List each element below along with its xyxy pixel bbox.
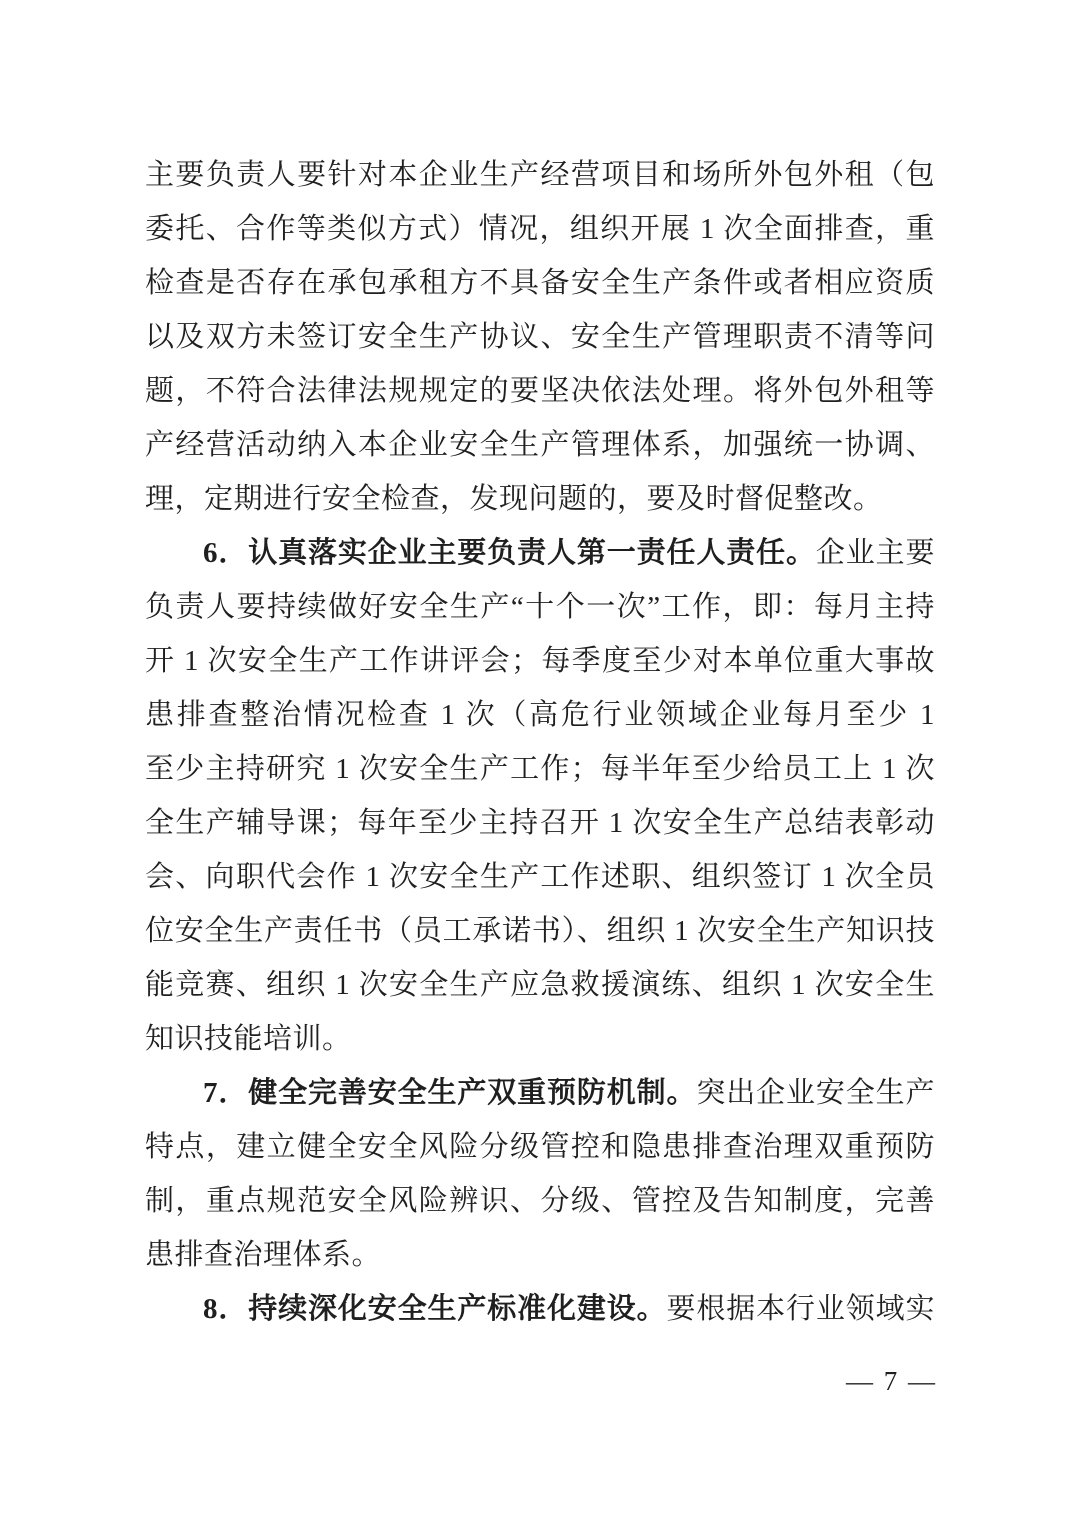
text-line: 位安全生产责任书（员工承诺书）、组织 1 次安全生产知识技 xyxy=(145,904,935,958)
line-text: 题，不符合法律法规规定的要坚决依法处理。将外包外租等生 xyxy=(145,375,935,418)
line-text: 以及双方未签订安全生产协议、安全生产管理职责不清等问 xyxy=(145,321,935,353)
line-text: 全生产辅导课；每年至少主持召开 1 次安全生产总结表彰动员 xyxy=(145,807,935,850)
text-line: 8．持续深化安全生产标准化建设。要根据本行业领域实 xyxy=(145,1282,935,1336)
line-text: 患排查治理体系。 xyxy=(145,1239,381,1271)
text-line: 特点，建立健全安全风险分级管控和隐患排查治理双重预防机 xyxy=(145,1120,935,1174)
line-text: 位安全生产责任书（员工承诺书）、组织 1 次安全生产知识技 xyxy=(145,915,935,947)
text-line: 主要负责人要针对本企业生产经营项目和场所外包外租（包括 xyxy=(145,148,935,202)
page-number: — 7 — xyxy=(145,1365,937,1397)
text-line: 患排查治理体系。 xyxy=(145,1228,935,1282)
text-line: 检查是否存在承包承租方不具备安全生产条件或者相应资质 xyxy=(145,256,935,310)
line-text: 理，定期进行安全检查，发现问题的，要及时督促整改。 xyxy=(145,483,883,515)
paragraph-continuation: 主要负责人要针对本企业生产经营项目和场所外包外租（包括委托、合作等类似方式）情况… xyxy=(145,148,935,526)
line-text: 知识技能培训。 xyxy=(145,1023,352,1055)
text-line: 委托、合作等类似方式）情况，组织开展 1 次全面排查，重点 xyxy=(145,202,935,256)
text-line: 知识技能培训。 xyxy=(145,1012,935,1066)
line-text: 检查是否存在承包承租方不具备安全生产条件或者相应资质 xyxy=(145,267,935,299)
text-line: 会、向职代会作 1 次安全生产工作述职、组织签订 1 次全员岗 xyxy=(145,850,935,904)
text-line: 至少主持研究 1 次安全生产工作；每半年至少给员工上 1 次安 xyxy=(145,742,935,796)
line-text: 会、向职代会作 1 次安全生产工作述职、组织签订 1 次全员岗 xyxy=(145,861,935,904)
text-line: 负责人要持续做好安全生产“十个一次”工作，即：每月主持召 xyxy=(145,580,935,634)
line-text: 主要负责人要针对本企业生产经营项目和场所外包外租（包括 xyxy=(145,159,935,202)
line-text: 开 1 次安全生产工作讲评会；每季度至少对本单位重大事故隐 xyxy=(145,645,935,688)
text-line: 7．健全完善安全生产双重预防机制。突出企业安全生产 xyxy=(145,1066,935,1120)
document-page: 主要负责人要针对本企业生产经营项目和场所外包外租（包括委托、合作等类似方式）情况… xyxy=(0,0,1074,1520)
line-text: 企业主要 xyxy=(816,537,935,569)
text-line: 患排查整治情况检查 1 次（高危行业领域企业每月至少 1 次）、 xyxy=(145,688,935,742)
line-text: 负责人要持续做好安全生产“十个一次”工作，即：每月主持召 xyxy=(145,591,935,634)
line-text: 产经营活动纳入本企业安全生产管理体系，加强统一协调、管 xyxy=(145,429,935,472)
line-text: 特点，建立健全安全风险分级管控和隐患排查治理双重预防机 xyxy=(145,1131,935,1174)
line-text: 至少主持研究 1 次安全生产工作；每半年至少给员工上 1 次安 xyxy=(145,753,935,796)
line-text: 委托、合作等类似方式）情况，组织开展 1 次全面排查，重点 xyxy=(145,213,935,256)
paragraph-item-7: 7．健全完善安全生产双重预防机制。突出企业安全生产特点，建立健全安全风险分级管控… xyxy=(145,1066,935,1282)
paragraph-item-6: 6．认真落实企业主要负责人第一责任人责任。企业主要负责人要持续做好安全生产“十个… xyxy=(145,526,935,1066)
document-body: 主要负责人要针对本企业生产经营项目和场所外包外租（包括委托、合作等类似方式）情况… xyxy=(145,148,935,1336)
text-line: 理，定期进行安全检查，发现问题的，要及时督促整改。 xyxy=(145,472,935,526)
paragraph-lead-bold: 6．认真落实企业主要负责人第一责任人责任。 xyxy=(203,537,816,569)
paragraph-lead-bold: 7．健全完善安全生产双重预防机制。 xyxy=(203,1077,696,1109)
line-text: 制，重点规范安全风险辨识、分级、管控及告知制度，完善隐 xyxy=(145,1185,935,1228)
text-line: 以及双方未签订安全生产协议、安全生产管理职责不清等问 xyxy=(145,310,935,364)
text-line: 全生产辅导课；每年至少主持召开 1 次安全生产总结表彰动员 xyxy=(145,796,935,850)
text-line: 6．认真落实企业主要负责人第一责任人责任。企业主要 xyxy=(145,526,935,580)
text-line: 产经营活动纳入本企业安全生产管理体系，加强统一协调、管 xyxy=(145,418,935,472)
line-text: 能竞赛、组织 1 次安全生产应急救援演练、组织 1 次安全生产 xyxy=(145,969,935,1012)
text-line: 能竞赛、组织 1 次安全生产应急救援演练、组织 1 次安全生产 xyxy=(145,958,935,1012)
line-text: 要根据本行业领域实 xyxy=(666,1293,935,1325)
line-text: 患排查整治情况检查 1 次（高危行业领域企业每月至少 1 次）、 xyxy=(145,699,935,742)
text-line: 制，重点规范安全风险辨识、分级、管控及告知制度，完善隐 xyxy=(145,1174,935,1228)
paragraph-lead-bold: 8．持续深化安全生产标准化建设。 xyxy=(203,1293,666,1325)
text-line: 题，不符合法律法规规定的要坚决依法处理。将外包外租等生 xyxy=(145,364,935,418)
line-text: 突出企业安全生产 xyxy=(696,1077,935,1109)
text-line: 开 1 次安全生产工作讲评会；每季度至少对本单位重大事故隐 xyxy=(145,634,935,688)
paragraph-item-8: 8．持续深化安全生产标准化建设。要根据本行业领域实 xyxy=(145,1282,935,1336)
